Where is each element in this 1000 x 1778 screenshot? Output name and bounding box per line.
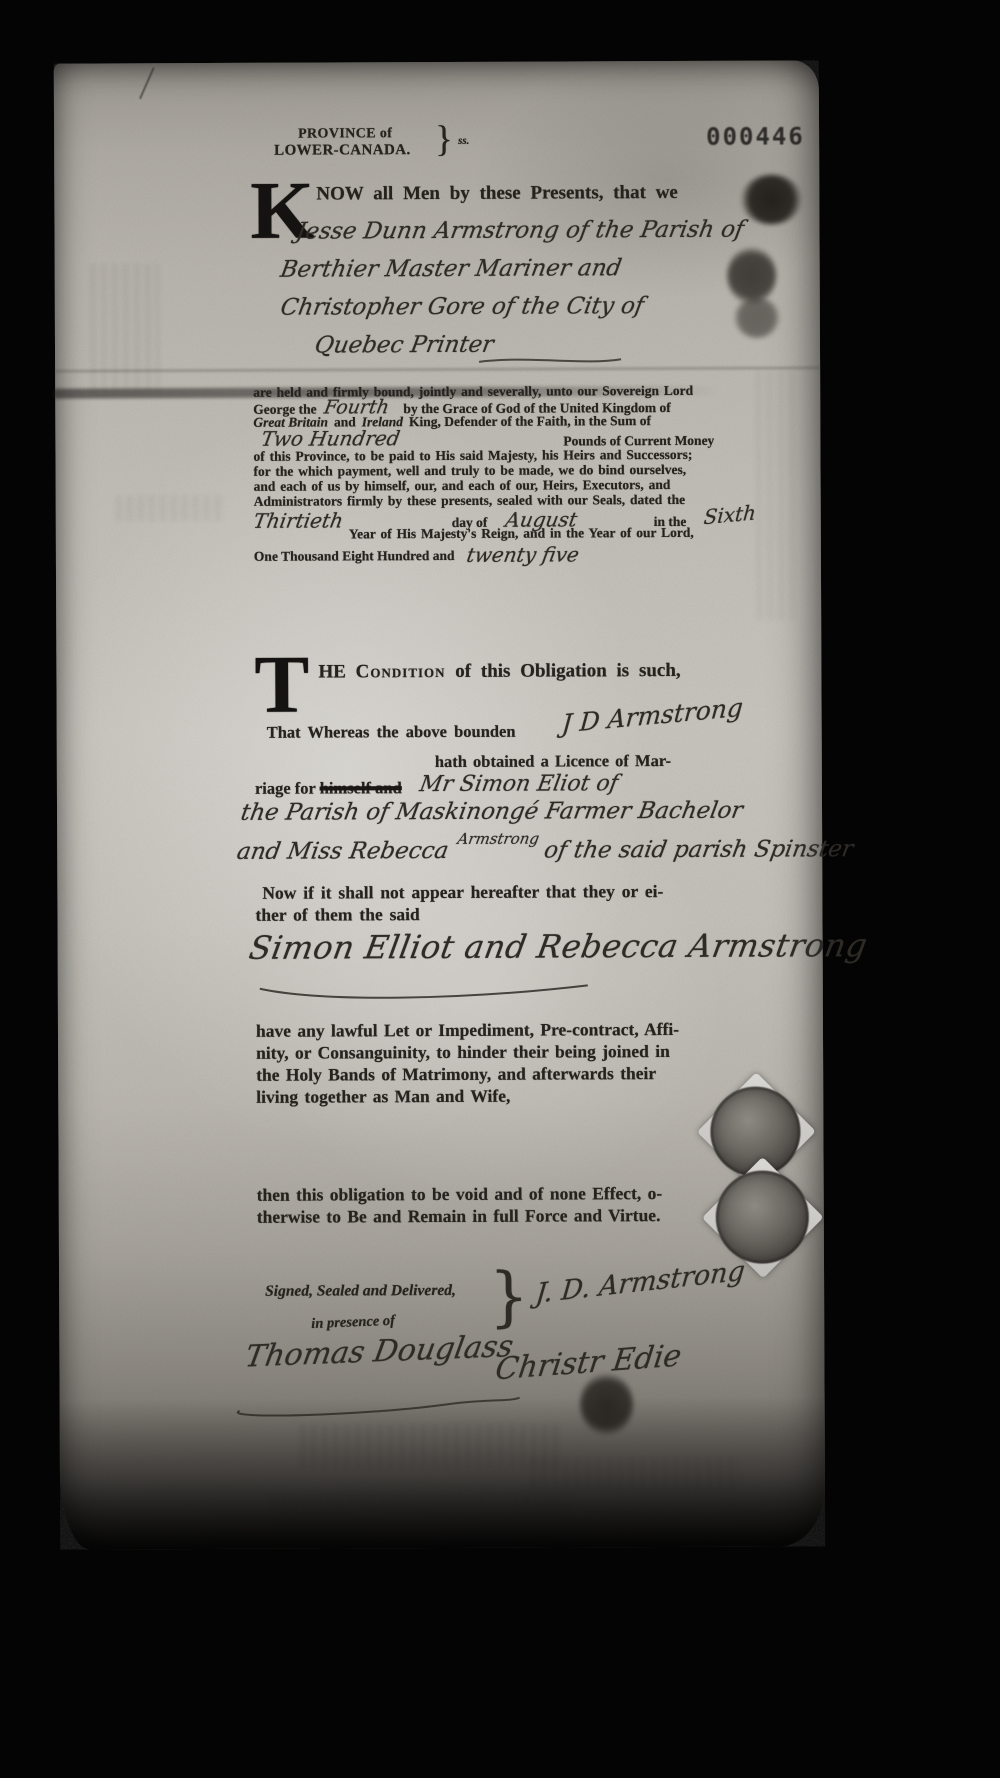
struck-out-text: himself and xyxy=(320,778,402,797)
void-clause-line: therwise to Be and Remain in full Force … xyxy=(257,1205,661,1228)
microfilm-scan-frame: PROVINCE of LOWER-CANADA. } ss. 000446 K… xyxy=(0,0,1000,1778)
void-clause-line: then this obligation to be void and of n… xyxy=(257,1183,663,1206)
handwritten-principals-line1: Jesse Dunn Armstrong of the Parish of xyxy=(294,217,746,245)
impediment-line: have any lawful Let or Impediment, Pre-c… xyxy=(256,1019,679,1042)
bleedthrough-text xyxy=(300,1423,560,1468)
inserted-surname: Armstrong xyxy=(456,830,541,848)
signature-flourish xyxy=(210,1392,530,1421)
bleedthrough-text xyxy=(530,1457,740,1492)
now-if-line: Now if it shall not appear hereafter tha… xyxy=(262,881,663,904)
impediment-line: nity, or Consanguinity, to hinder their … xyxy=(256,1041,670,1064)
ink-blot xyxy=(734,297,780,339)
handwritten-bride-line: and Miss Rebecca Armstrong of the said p… xyxy=(235,836,855,865)
impediment-line: living together as Man and Wife, xyxy=(256,1086,510,1108)
bond-text: One Thousand Eight Hundred and xyxy=(254,548,455,565)
impediment-line: the Holy Bands of Matrimony, and afterwa… xyxy=(256,1063,656,1086)
bride-text: of the said parish Spinster xyxy=(542,836,855,863)
condition-heading: HE Condition of this Obligation is such, xyxy=(318,660,680,684)
ink-blot xyxy=(579,1373,633,1435)
whereas-line: riage for himself and Mr Simon Eliot of xyxy=(255,773,618,800)
whereas-line: That Whereas the above bounden xyxy=(267,722,516,743)
handwritten-regnal-year: Sixth xyxy=(703,500,757,529)
signature-brace: } xyxy=(489,1258,529,1335)
handwritten-bounden-name: J D Armstrong xyxy=(561,693,744,739)
bleedthrough-text xyxy=(270,1491,570,1522)
in-presence-label: in presence of xyxy=(311,1313,395,1333)
handwritten-principals-line2: Berthier Master Mariner and xyxy=(278,255,623,283)
handwritten-sum: Two Hundred xyxy=(259,426,401,451)
bride-text: and Miss Rebecca xyxy=(235,838,451,865)
fold-mark xyxy=(139,67,155,99)
province-heading: PROVINCE of LOWER-CANADA. xyxy=(274,126,449,160)
condition-text: of this Obligation is such, xyxy=(445,660,680,682)
document-page: PROVINCE of LOWER-CANADA. } ss. 000446 K… xyxy=(54,60,825,1549)
wax-seal xyxy=(716,1170,809,1263)
flourish-line xyxy=(475,353,625,368)
handwritten-parish-line: the Parish of Maskinongé Farmer Bachelor xyxy=(239,798,745,826)
province-heading-line1: PROVINCE of xyxy=(298,126,449,143)
condition-text: HE xyxy=(318,661,355,682)
bleedthrough-text xyxy=(90,263,161,393)
dropcap-t: T xyxy=(254,651,309,718)
now-if-line: ther of them the said xyxy=(255,904,419,926)
whereas-text: riage for xyxy=(255,779,320,798)
handwritten-principals-line3: Christopher Gore of the City of xyxy=(279,293,646,321)
bleedthrough-text xyxy=(116,495,226,521)
whereas-line: hath obtained a Licence of Mar- xyxy=(435,751,671,772)
opening-line: NOW all Men by these Presents, that we xyxy=(316,182,678,206)
principal-signature: J. D. Armstrong xyxy=(534,1255,746,1309)
handwritten-couple-names: Simon Elliot and Rebecca Armstrong xyxy=(246,926,870,967)
witness-signature: Thomas Douglass xyxy=(242,1329,515,1375)
condition-smallcaps: Condition xyxy=(356,661,446,682)
header-ss-label: ss. xyxy=(458,135,469,147)
bleedthrough-text xyxy=(755,370,796,620)
handwritten-day: Thirtieth xyxy=(252,508,346,532)
flourish-underline xyxy=(254,981,594,1004)
handwritten-groom-name: Mr Simon Eliot of xyxy=(418,771,620,797)
signed-sealed-label: Signed, Sealed and Delivered, xyxy=(265,1282,456,1301)
fold-line xyxy=(55,366,820,372)
ink-blot xyxy=(740,174,802,224)
province-heading-line2: LOWER-CANADA. xyxy=(274,142,449,160)
bond-year-line: One Thousand Eight Hundred and twenty fi… xyxy=(254,540,579,565)
handwritten-year: twenty five xyxy=(464,542,580,567)
document-number-stamp: 000446 xyxy=(706,122,805,150)
handwritten-principals-line4: Quebec Printer xyxy=(313,332,496,359)
header-brace: } xyxy=(435,118,453,161)
